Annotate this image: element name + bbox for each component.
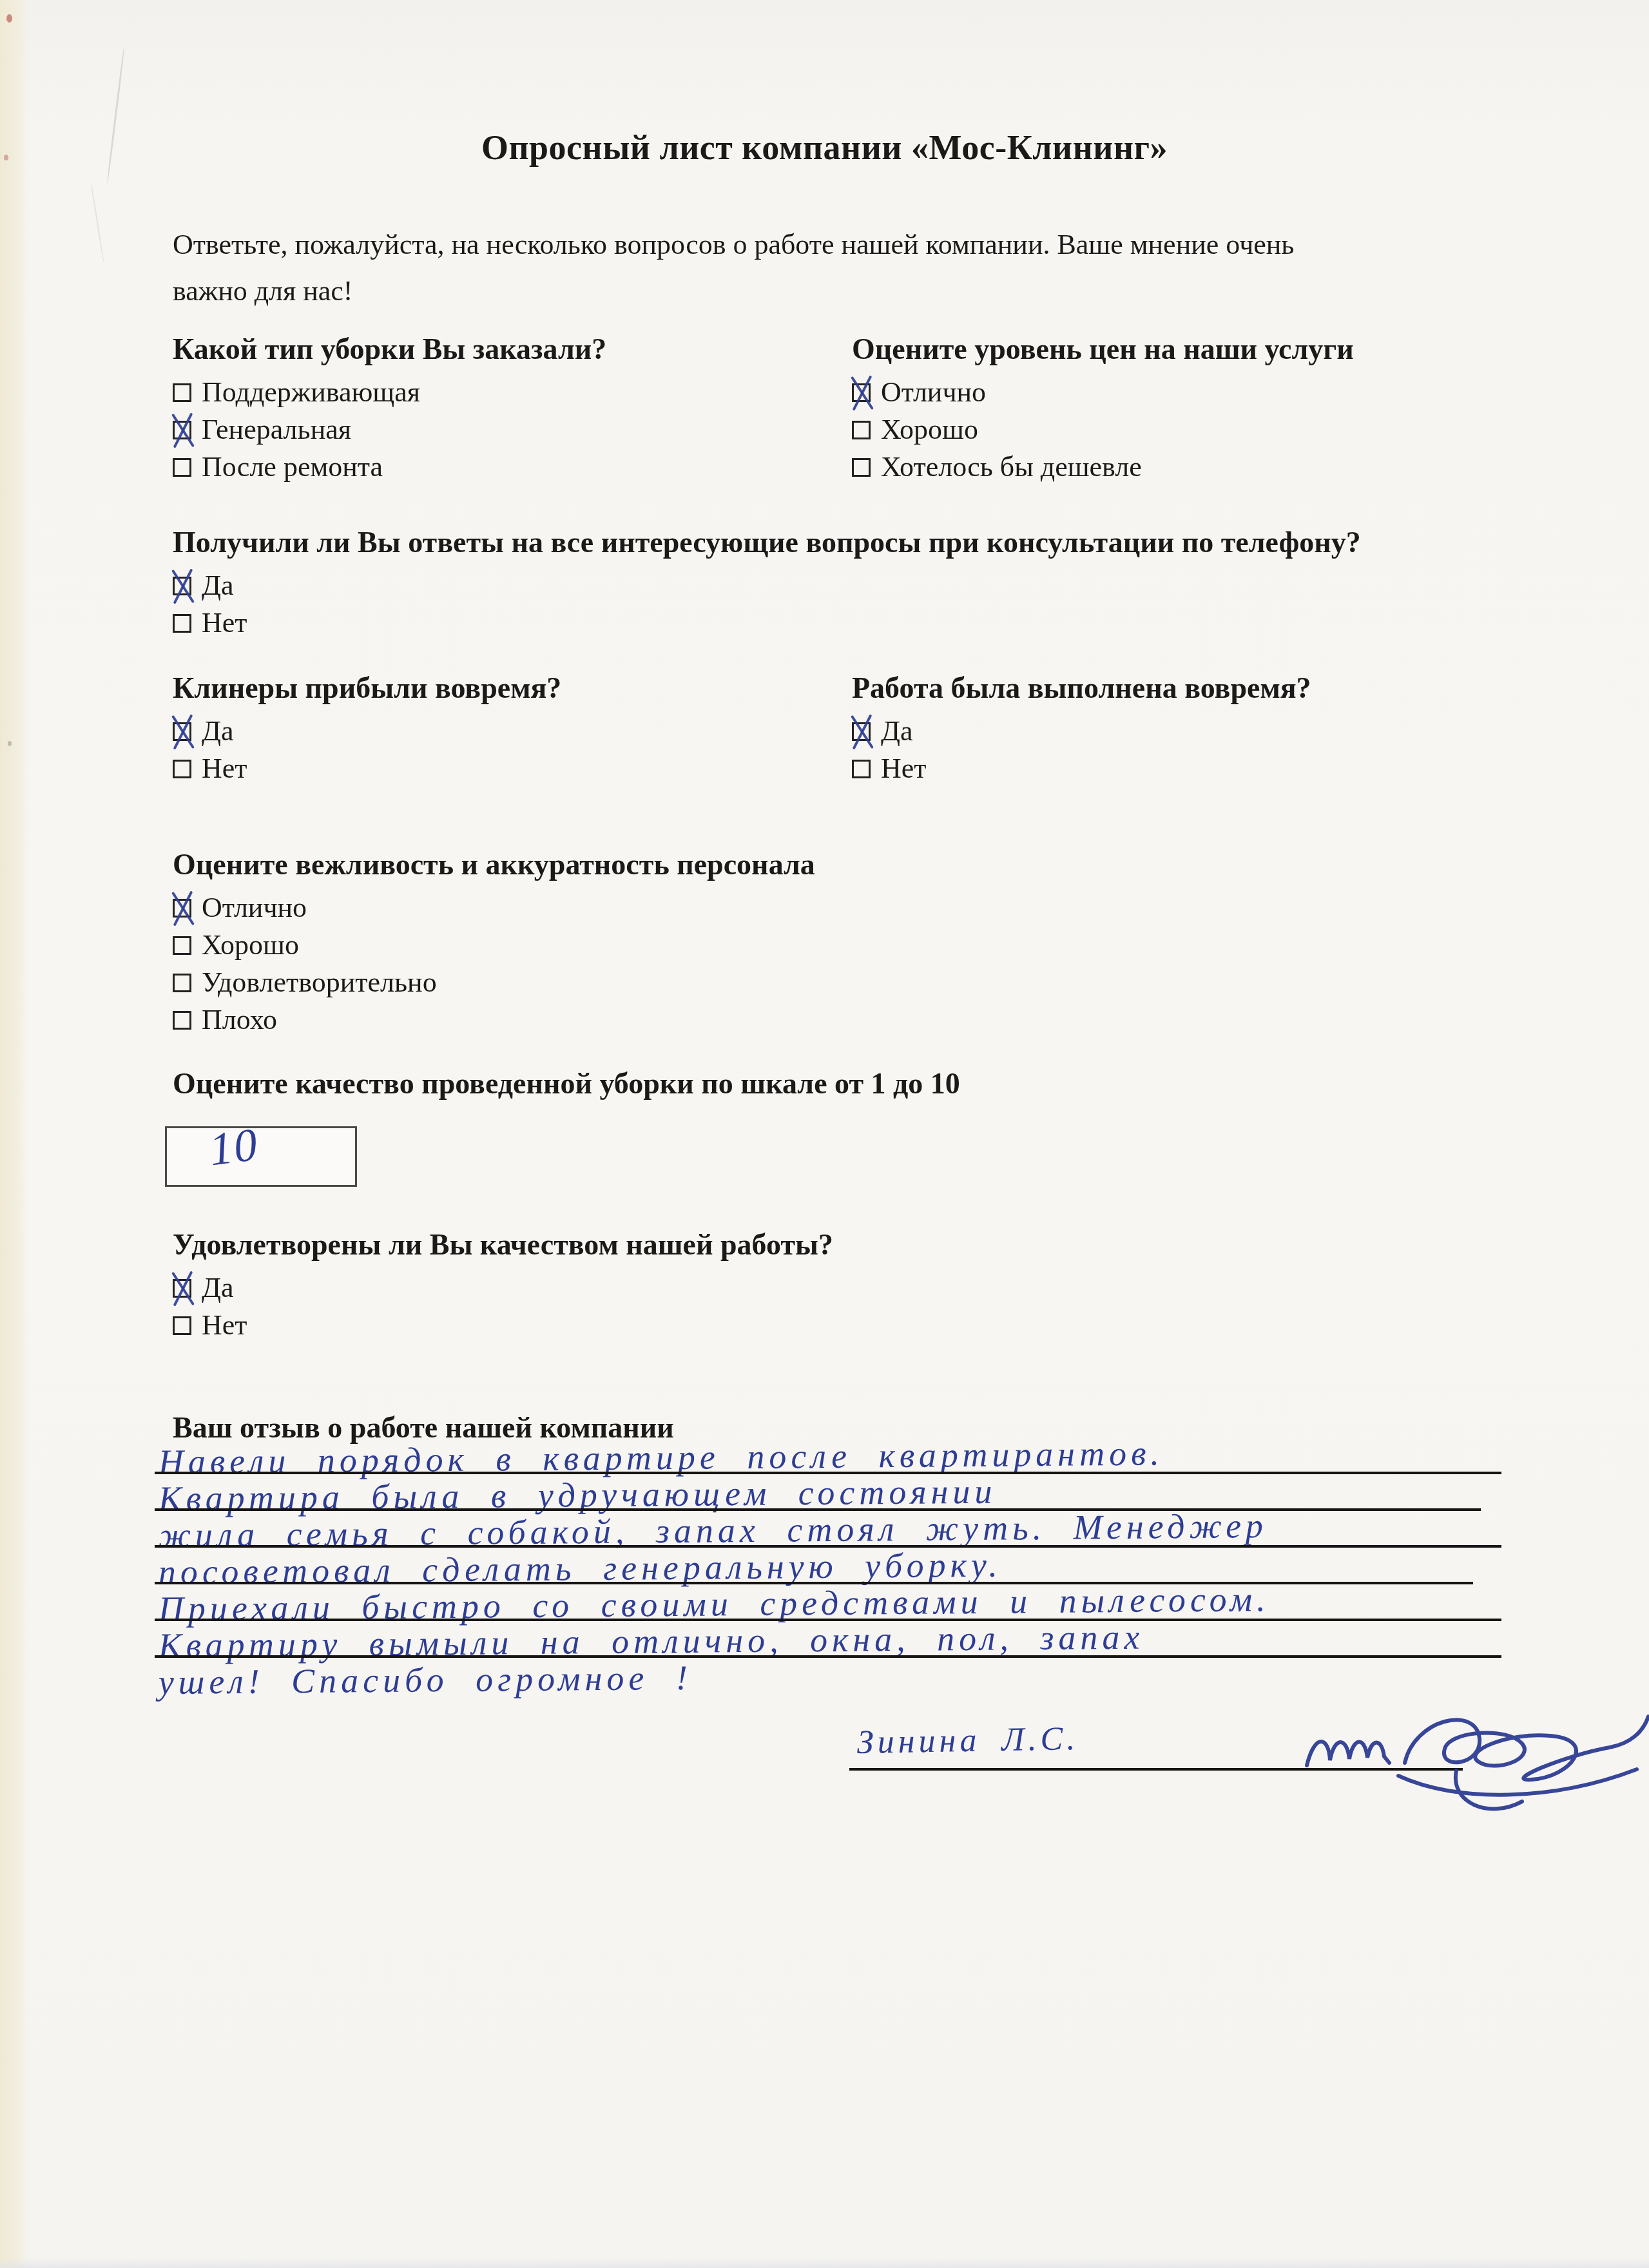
option-row: Хорошо	[173, 927, 1075, 964]
intro-text: Ответьте, пожалуйста, на несколько вопро…	[173, 222, 1513, 314]
option-row: После ремонта	[173, 448, 824, 486]
option-row: Нет	[173, 604, 1558, 642]
review-row: посоветовал сделать генеральную уборку.	[155, 1548, 1503, 1584]
question-heading: Удовлетворены ли Вы качеством нашей рабо…	[173, 1225, 1268, 1264]
checkbox[interactable]	[173, 577, 191, 595]
option-row: Плохо	[173, 1001, 1075, 1039]
signature-autograph	[1295, 1693, 1649, 1822]
review-row: жила семья с собакой, запах стоял жуть. …	[155, 1511, 1503, 1548]
option-label: Хорошо	[881, 414, 978, 445]
question-heading: Оцените уровень цен на наши услуги	[852, 330, 1586, 369]
option-label: Нет	[202, 1309, 247, 1341]
review-ruled-area[interactable]: Навели порядок в квартире после квартира…	[155, 1437, 1503, 1695]
question-work-on-time: Работа была выполнена вовремя? Да Нет	[852, 669, 1586, 787]
checkbox[interactable]	[173, 421, 191, 439]
review-row: Квартиру вымыли на отлично, окна, пол, з…	[155, 1621, 1503, 1658]
option-label: Нет	[202, 607, 247, 639]
option-label: Нет	[881, 753, 927, 784]
checkbox[interactable]	[173, 974, 191, 992]
option-row: Отлично	[852, 374, 1586, 411]
option-label: Да	[202, 570, 234, 601]
question-price-level: Оцените уровень цен на наши услуги Отлич…	[852, 330, 1586, 486]
option-label: Да	[202, 1272, 234, 1303]
handwritten-score: 10	[206, 1118, 262, 1177]
checkbox[interactable]	[852, 760, 871, 778]
pen-x-mark	[166, 1268, 200, 1309]
checkbox[interactable]	[852, 722, 871, 741]
question-heading: Работа была выполнена вовремя?	[852, 669, 1586, 707]
option-label: Хотелось бы дешевле	[881, 451, 1142, 483]
option-row: Удовлетворительно	[173, 964, 1075, 1001]
option-label: Удовлетворительно	[202, 966, 437, 998]
review-row: ушел! Спасибо огромное !	[155, 1658, 1503, 1695]
checkbox[interactable]	[173, 760, 191, 778]
option-row: Нет	[173, 1307, 1268, 1344]
checkbox[interactable]	[173, 458, 191, 477]
scanned-survey-page: Опросный лист компании «Мос-Клининг» Отв…	[0, 0, 1649, 2268]
option-label: Да	[202, 715, 234, 747]
checkbox[interactable]	[173, 722, 191, 741]
pen-x-mark	[166, 410, 200, 451]
option-label: Поддерживающая	[202, 376, 420, 408]
option-row: Да	[173, 713, 824, 750]
option-label: Отлично	[202, 892, 307, 923]
question-quality-scale: Оцените качество проведенной уборки по ш…	[173, 1064, 1268, 1108]
checkbox[interactable]	[173, 899, 191, 918]
question-heading: Оцените вежливость и аккуратность персон…	[173, 845, 1075, 884]
page-title: Опросный лист компании «Мос-Клининг»	[0, 128, 1649, 168]
option-row: Да	[173, 1269, 1268, 1307]
handwritten-review-line: ушел! Спасибо огромное !	[158, 1658, 692, 1702]
checkbox[interactable]	[173, 1316, 191, 1335]
option-label: Отлично	[881, 376, 986, 408]
scanner-edge-strip	[0, 0, 30, 2268]
intro-line: Ответьте, пожалуйста, на несколько вопро…	[173, 222, 1513, 268]
option-label: Генеральная	[202, 414, 351, 445]
question-heading: Какой тип уборки Вы заказали?	[173, 330, 824, 369]
option-row: Поддерживающая	[173, 374, 824, 411]
checkbox[interactable]	[173, 936, 191, 955]
review-row: Приехали быстро со своими средствами и п…	[155, 1584, 1503, 1621]
quality-score-box[interactable]: 10	[165, 1126, 357, 1187]
intro-line: важно для нас!	[173, 268, 1513, 314]
option-row: Отлично	[173, 889, 1075, 927]
checkbox[interactable]	[852, 458, 871, 477]
question-heading: Клинеры прибыли вовремя?	[173, 669, 824, 707]
checkbox[interactable]	[852, 383, 871, 402]
option-row: Да	[173, 567, 1558, 604]
handwritten-signature-name: Зинина Л.С.	[857, 1720, 1079, 1762]
option-row: Генеральная	[173, 411, 824, 448]
checkbox[interactable]	[173, 1279, 191, 1298]
option-label: После ремонта	[202, 451, 383, 483]
checkbox[interactable]	[852, 421, 871, 439]
option-row: Да	[852, 713, 1586, 750]
option-label: Да	[881, 715, 913, 747]
option-row: Хотелось бы дешевле	[852, 448, 1586, 486]
review-row: Навели порядок в квартире после квартира…	[155, 1437, 1503, 1474]
option-label: Нет	[202, 753, 247, 784]
question-satisfied: Удовлетворены ли Вы качеством нашей рабо…	[173, 1225, 1268, 1344]
scan-speck	[6, 14, 12, 23]
pen-x-mark	[845, 372, 879, 414]
checkbox[interactable]	[173, 383, 191, 402]
scan-speck	[8, 741, 12, 746]
option-row: Хорошо	[852, 411, 1586, 448]
question-cleaning-type: Какой тип уборки Вы заказали? Поддержива…	[173, 330, 824, 486]
review-row: Квартира была в удручающем состоянии	[155, 1474, 1503, 1511]
question-cleaners-on-time: Клинеры прибыли вовремя? Да Нет	[173, 669, 824, 787]
question-politeness: Оцените вежливость и аккуратность персон…	[173, 845, 1075, 1039]
pen-x-mark	[166, 888, 200, 929]
question-heading: Получили ли Вы ответы на все интересующи…	[173, 523, 1558, 562]
option-label: Хорошо	[202, 929, 299, 961]
checkbox[interactable]	[173, 614, 191, 633]
question-heading: Оцените качество проведенной уборки по ш…	[173, 1064, 1268, 1103]
pen-x-mark	[166, 711, 200, 753]
paper-crease	[90, 181, 104, 264]
checkbox[interactable]	[173, 1011, 191, 1030]
scanner-bottom-shade	[0, 2258, 1649, 2268]
pen-x-mark	[166, 566, 200, 607]
option-row: Нет	[173, 750, 824, 787]
pen-x-mark	[845, 711, 879, 753]
option-label: Плохо	[202, 1004, 277, 1035]
question-phone-consult: Получили ли Вы ответы на все интересующи…	[173, 523, 1558, 642]
option-row: Нет	[852, 750, 1586, 787]
